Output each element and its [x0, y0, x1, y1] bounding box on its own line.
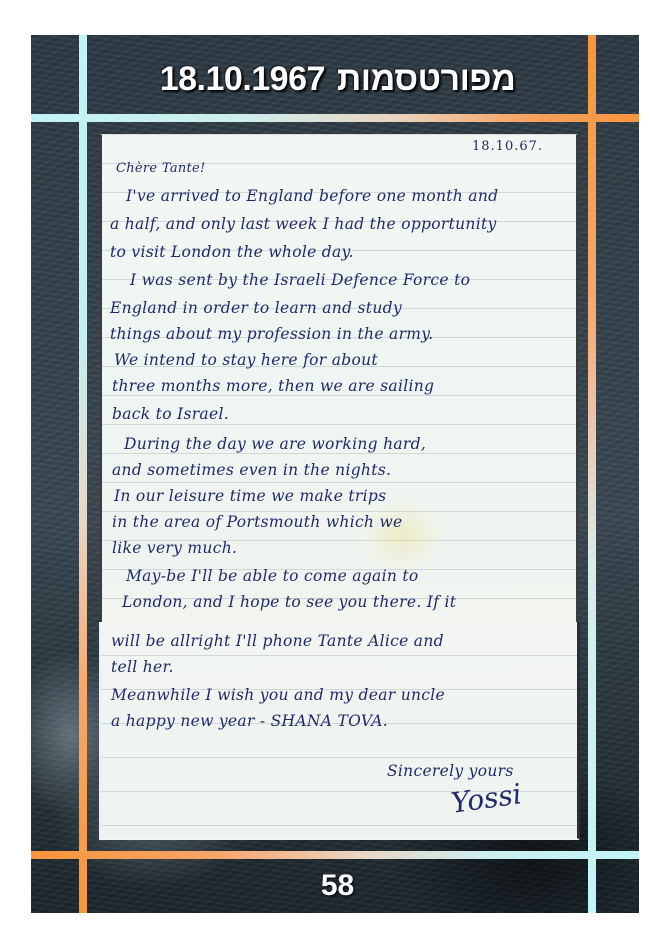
letter-line: a half, and only last week I had the opp…: [110, 215, 497, 233]
letter-signature: Yossi: [449, 777, 524, 820]
title-hebrew: מפורטסמות: [337, 60, 515, 99]
letter-sheet-bottom: will be allright I'll phone Tante Alice …: [99, 622, 580, 840]
letter-line: We intend to stay here for about: [114, 351, 378, 369]
letter-line: things about my profession in the army.: [110, 325, 434, 343]
letter-line: I've arrived to England before one month…: [126, 187, 498, 205]
frame-line-left: [79, 35, 87, 913]
frame-line-top: [31, 114, 639, 122]
letter-scan: 18.10.67. Chère Tante! I've arrived to E…: [100, 134, 580, 840]
frame-line-right: [588, 35, 596, 913]
letter-closing: Sincerely yours: [387, 762, 514, 780]
letter-line: In our leisure time we make trips: [114, 487, 386, 505]
letter-line: back to Israel.: [112, 405, 229, 423]
letter-line: like very much.: [112, 539, 237, 557]
letter-sheet-top: 18.10.67. Chère Tante! I've arrived to E…: [100, 134, 578, 622]
page-number: 58: [87, 864, 588, 908]
letter-line: tell her.: [111, 658, 174, 676]
letter-line: and sometimes even in the nights.: [112, 461, 391, 479]
letter-line: a happy new year - SHANA TOVA.: [111, 712, 388, 730]
frame-line-bottom: [31, 851, 639, 859]
letter-line: London, and I hope to see you there. If …: [122, 593, 456, 611]
letter-line: I was sent by the Israeli Defence Force …: [130, 271, 470, 289]
letter-line: three months more, then we are sailing: [112, 377, 434, 395]
letter-line: May-be I'll be able to come again to: [126, 567, 419, 585]
letter-line: in the area of Portsmouth which we: [112, 513, 402, 531]
letter-line: will be allright I'll phone Tante Alice …: [111, 632, 444, 650]
page-title: 18.10.1967 מפורטסמות: [87, 54, 588, 104]
letter-line: England in order to learn and study: [110, 299, 402, 317]
letter-date: 18.10.67.: [472, 139, 543, 154]
letter-salutation: Chère Tante!: [116, 161, 206, 176]
letter-line: Meanwhile I wish you and my dear uncle: [111, 686, 445, 704]
letter-line: During the day we are working hard,: [124, 435, 426, 453]
title-date: 18.10.1967: [160, 60, 325, 99]
letter-line: to visit London the whole day.: [110, 243, 354, 261]
